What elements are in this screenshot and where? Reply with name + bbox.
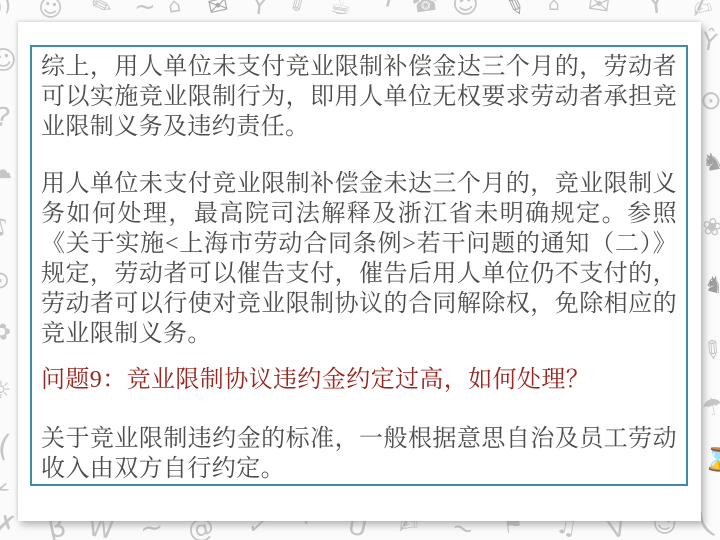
doodle-icon: Ŷ (700, 29, 719, 55)
doodle-icon: ❀ (700, 214, 720, 241)
doodle-icon: ☺ (36, 0, 64, 22)
doodle-icon: )) (0, 0, 13, 17)
doodle-icon: ☕ (328, 0, 353, 20)
slide-viewer: ))☺✎~⌂✉Ŷ✐☕'☎☺✎⌂✉Ŷ✍☺?☁♪⊙✿☼(✂Ŷ⊙♞❀♞✎☂⌛✗βW~@… (0, 0, 720, 540)
doodle-icon: ☺ (451, 0, 480, 19)
doodle-icon: ☎ (411, 0, 441, 18)
doodle-icon: ✉ (586, 0, 611, 19)
doodle-icon: ✗ (0, 510, 18, 537)
slide-text-box: 综上，用人单位未支付竞业限制补偿金达三个月的，劳动者可以实施竞业限制行为，即用人… (30, 45, 688, 486)
paragraph-answer: 关于竞业限制违约金的标准，一般根据意思自治及员工劳动收入由双方自行约定。 (41, 424, 677, 484)
doodle-icon: ⌂ (548, 0, 559, 14)
question-heading: 问题9：竞业限制协议违约金约定过高，如何处理？ (41, 365, 677, 395)
doodle-icon: ✂ (0, 475, 14, 504)
doodle-icon: ☼ (0, 378, 12, 402)
doodle-icon: ⊙ (700, 88, 720, 114)
doodle-icon: ✉ (206, 0, 231, 20)
doodle-icon: Ŷ (647, 0, 666, 19)
paragraph-analysis: 用人单位未支付竞业限制补偿金未达三个月的，竞业限制义务如何处理，最高院司法解释及… (41, 169, 677, 349)
doodle-icon: ( (0, 431, 12, 463)
doodle-icon: ♪ (0, 214, 12, 241)
doodle-icon: ✐ (286, 0, 313, 19)
doodle-icon: Ŷ (251, 0, 268, 19)
presentation-slide: 综上，用人单位未支付竞业限制补偿金达三个月的，劳动者可以实施竞业限制行为，即用人… (18, 22, 701, 521)
doodle-icon: ♞ (700, 148, 720, 175)
doodle-icon: ⌛ (703, 449, 720, 474)
doodle-icon: ✿ (0, 320, 13, 346)
doodle-icon: ~ (134, 0, 156, 20)
paragraph-summary: 综上，用人单位未支付竞业限制补偿金达三个月的，劳动者可以实施竞业限制行为，即用人… (41, 52, 677, 142)
doodle-icon: ✎ (502, 0, 529, 21)
doodle-icon: ? (0, 104, 12, 132)
doodle-icon: ⌂ (167, 0, 182, 16)
doodle-icon: ✍ (689, 0, 715, 22)
doodle-icon: ⊙ (0, 268, 10, 292)
doodle-icon: ☺ (0, 46, 19, 76)
doodle-icon: ✎ (89, 0, 116, 21)
doodle-icon: ☂ (700, 393, 720, 421)
doodle-icon: ☁ (0, 158, 12, 182)
doodle-icon: ♞ (701, 273, 720, 299)
